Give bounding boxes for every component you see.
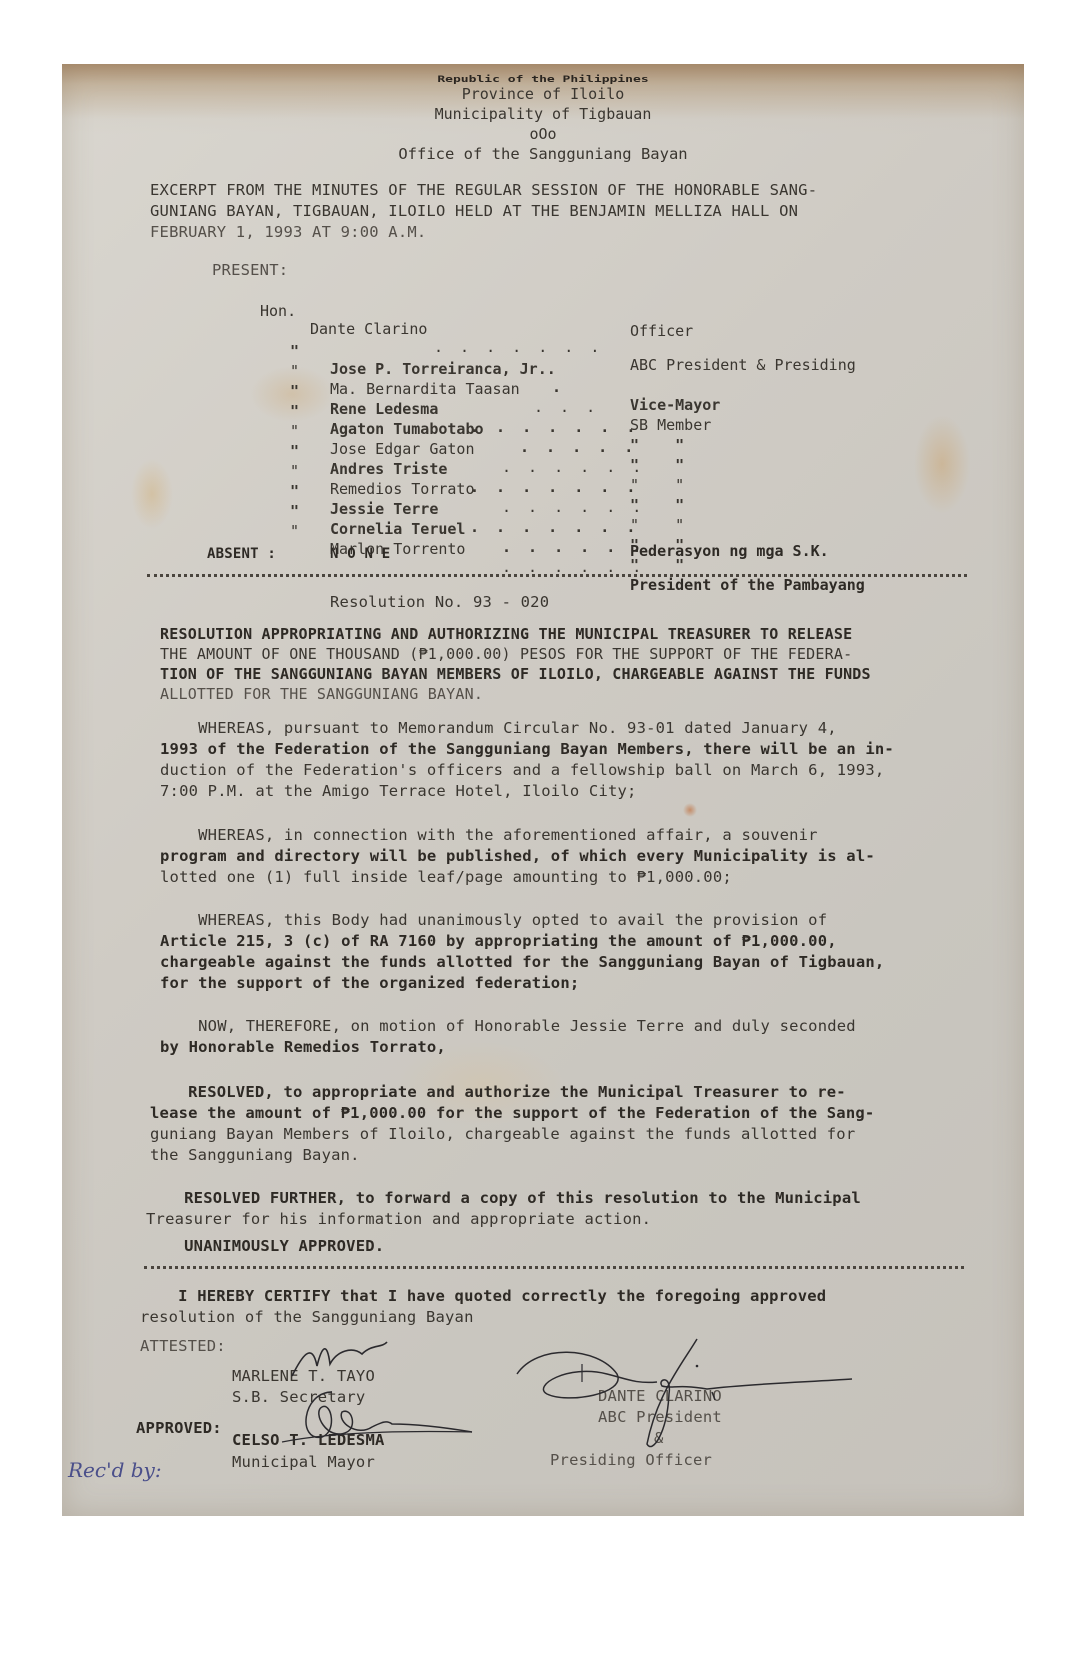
resolved-line-2: lease the amount of ₱1,000.00 for the su… [150,1103,874,1124]
member-row-continuation: Officer [260,304,314,324]
header-ornament: oOo [62,124,1024,144]
secretary-title: S.B. Secretary [232,1387,365,1408]
header-office: Office of the Sangguniang Bayan [62,144,1024,164]
member-name: Jessie Terre [330,500,438,518]
resolved-further-line-1: RESOLVED FURTHER, to forward a copy of t… [146,1188,861,1209]
member-name: Jose Edgar Gaton [330,440,475,458]
now-therefore-line-2: by Honorable Remedios Torrato, [160,1037,446,1058]
member-dots: . . . . . . . [470,518,639,536]
unanimously-approved: UNANIMOUSLY APPROVED. [146,1236,384,1257]
president-title-1: ABC President [598,1407,722,1428]
resolution-title-3: TION OF THE SANGGUNIANG BAYAN MEMBERS OF… [160,664,871,685]
excerpt-line-2: GUNIANG BAYAN, TIGBAUAN, ILOILO HELD AT … [150,201,798,222]
member-row-continuation: Pederasyon ng mga S.K. [290,524,344,544]
member-row: " Rene Ledesma . . . . . . . " " [290,364,344,384]
member-row: " Jose Edgar Gaton . . . . . . " " [290,404,344,424]
president-title-2: & [654,1428,664,1449]
whereas1-line-2: 1993 of the Federation of the Sanggunian… [160,739,894,760]
member-row: " Remedios Torrato . . . . . . " " [290,444,344,464]
present-label: PRESENT: [212,260,288,281]
absent-value: N O N E [330,544,390,565]
member-dots: . . . . . . [502,458,645,476]
member-row: " Ma. Bernardita Taasan . . . SB Member [290,344,344,364]
section-divider [144,1266,964,1269]
member-dots: . . . . . . . [470,418,639,436]
received-by-note: Rec'd by: [68,1458,162,1482]
whereas1-line-3: duction of the Federation's officers and… [160,760,884,781]
member-dots: . . . . . . . [470,478,639,496]
president-name: DANTE CLARINO [598,1386,722,1407]
member-role: ABC President & Presiding [630,356,856,374]
resolution-title-2: THE AMOUNT OF ONE THOUSAND (₱1,000.00) P… [160,644,852,665]
whereas3-line-3: chargeable against the funds allotted fo… [160,952,884,973]
member-dots: . . . [534,398,599,416]
whereas3-line-1: WHEREAS, this Body had unanimously opted… [160,910,827,931]
excerpt-line-1: EXCERPT FROM THE MINUTES OF THE REGULAR … [150,180,817,201]
member-role: Officer [630,322,693,340]
excerpt-line-3: FEBRUARY 1, 1993 AT 9:00 A.M. [150,222,426,243]
member-dots: . [552,378,565,396]
secretary-name: MARLENE T. TAYO [232,1366,375,1387]
header-province: Province of Iloilo [62,84,1024,104]
member-name: Ma. Bernardita Taasan [330,380,520,398]
resolved-line-1: RESOLVED, to appropriate and authorize t… [150,1082,846,1103]
section-divider [147,574,967,577]
member-row: " Andres Triste . . . . . . . " " [290,424,344,444]
member-row: " Jessie Terre . . . . . . . " " [290,464,344,484]
member-dots: . . . . . . [502,498,645,516]
member-row: " Jose P. Torreiranca, Jr.. . Vice-Mayor [290,324,344,344]
member-name: Andres Triste [330,460,447,478]
approved-label: APPROVED: [136,1418,222,1439]
member-role: SB Member [630,416,711,434]
whereas3-line-2: Article 215, 3 (c) of RA 7160 by appropr… [160,931,837,952]
member-name: Rene Ledesma [330,400,438,418]
member-role: Vice-Mayor [630,396,720,414]
member-row: " Marlon Torrento . . . . . . President … [290,504,344,524]
certification-line-1: I HEREBY CERTIFY that I have quoted corr… [140,1286,826,1307]
member-role: " " [630,436,684,454]
certification-line-2: resolution of the Sangguniang Bayan [140,1307,474,1328]
whereas2-line-2: program and directory will be published,… [160,846,875,867]
member-role: Pederasyon ng mga S.K. [630,542,829,560]
member-dots: . . . . . [520,438,637,456]
whereas2-line-1: WHEREAS, in connection with the aforemen… [160,825,818,846]
resolution-number: Resolution No. 93 - 020 [330,592,549,613]
member-name: Cornelia Teruel [330,520,465,538]
member-row: " Cornelia Teruel . . . . . . " " [290,484,344,504]
member-name: Agaton Tumabotabo [330,420,484,438]
resolution-title-1: RESOLUTION APPROPRIATING AND AUTHORIZING… [160,624,852,645]
now-therefore-line-1: NOW, THEREFORE, on motion of Honorable J… [160,1016,856,1037]
whereas1-line-4: 7:00 P.M. at the Amigo Terrace Hotel, Il… [160,781,637,802]
president-title-3: Presiding Officer [550,1450,712,1471]
resolved-line-4: the Sangguniang Bayan. [150,1145,360,1166]
resolution-title-4: ALLOTTED FOR THE SANGGUNIANG BAYAN. [160,684,483,705]
document-page: Republic of the Philippines Province of … [62,64,1024,1516]
absent-label: ABSENT : [207,544,276,565]
header-municipality: Municipality of Tigbauan [62,104,1024,124]
member-role: President of the Pambayang [630,576,865,594]
mayor-name: CELSO T. LEDESMA [232,1430,385,1451]
whereas1-line-1: WHEREAS, pursuant to Memorandum Circular… [160,718,837,739]
whereas2-line-3: lotted one (1) full inside leaf/page amo… [160,867,732,888]
attested-label: ATTESTED: [140,1336,226,1357]
resolved-line-3: guniang Bayan Members of Iloilo, chargea… [150,1124,855,1145]
member-dots: . . . . . . . [434,338,603,356]
member-name: Jose P. Torreiranca, Jr.. [330,360,556,378]
mayor-title: Municipal Mayor [232,1452,375,1473]
member-row: Hon. Dante Clarino . . . . . . . ABC Pre… [260,284,314,304]
whereas3-line-4: for the support of the organized federat… [160,973,579,994]
member-name: Remedios Torrato [330,480,475,498]
member-dots: . . . . . . [502,538,645,556]
resolved-further-line-2: Treasurer for his information and approp… [146,1209,651,1230]
member-row: " Agaton Tumabotabo . . . . . " " [290,384,344,404]
